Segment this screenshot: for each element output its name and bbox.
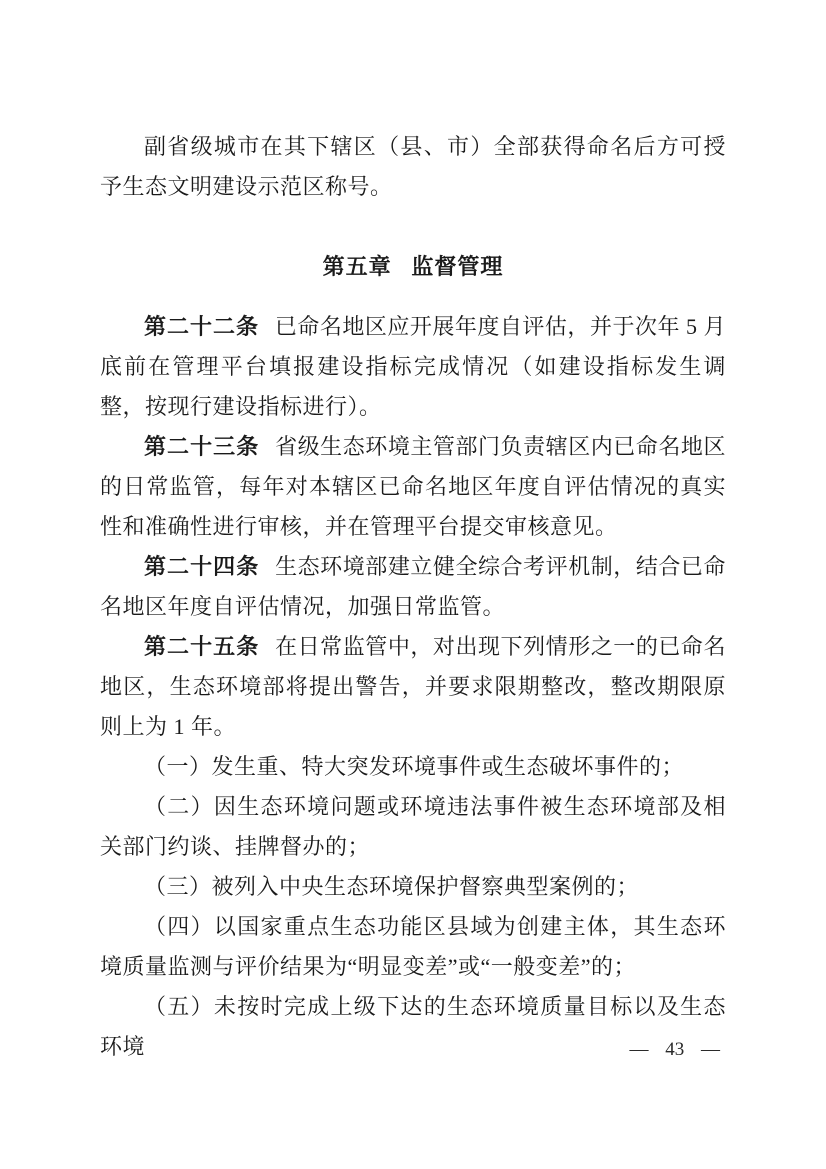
- article-23-term: 第二十三条: [144, 434, 259, 459]
- article-22-term: 第二十二条: [144, 314, 259, 339]
- article-22: 第二十二条已命名地区应开展年度自评估，并于次年 5 月底前在管理平台填报建设指标…: [100, 307, 726, 427]
- chapter-heading: 第五章监督管理: [100, 247, 726, 287]
- article-25: 第二十五条在日常监管中，对出现下列情形之一的已命名地区，生态环境部将提出警告，并…: [100, 627, 726, 747]
- chapter-title: 监督管理: [411, 254, 503, 279]
- intro-paragraph: 副省级城市在其下辖区（县、市）全部获得命名后方可授予生态文明建设示范区称号。: [100, 127, 726, 207]
- page-number: — 43 —: [630, 1038, 721, 1062]
- article-24-term: 第二十四条: [144, 554, 259, 579]
- document-page: 副省级城市在其下辖区（县、市）全部获得命名后方可授予生态文明建设示范区称号。 第…: [0, 0, 826, 1169]
- list-item-4: （四）以国家重点生态功能区县域为创建主体，其生态环境质量监测与评价结果为“明显变…: [100, 907, 726, 987]
- chapter-label: 第五章: [323, 254, 392, 279]
- list-item-2: （二）因生态环境问题或环境违法事件被生态环境部及相关部门约谈、挂牌督办的；: [100, 787, 726, 867]
- article-25-term: 第二十五条: [144, 634, 259, 659]
- article-23: 第二十三条省级生态环境主管部门负责辖区内已命名地区的日常监管，每年对本辖区已命名…: [100, 427, 726, 547]
- list-item-1: （一）发生重、特大突发环境事件或生态破坏事件的；: [100, 747, 726, 787]
- list-item-3: （三）被列入中央生态环境保护督察典型案例的；: [100, 867, 726, 907]
- article-24: 第二十四条生态环境部建立健全综合考评机制，结合已命名地区年度自评估情况，加强日常…: [100, 547, 726, 627]
